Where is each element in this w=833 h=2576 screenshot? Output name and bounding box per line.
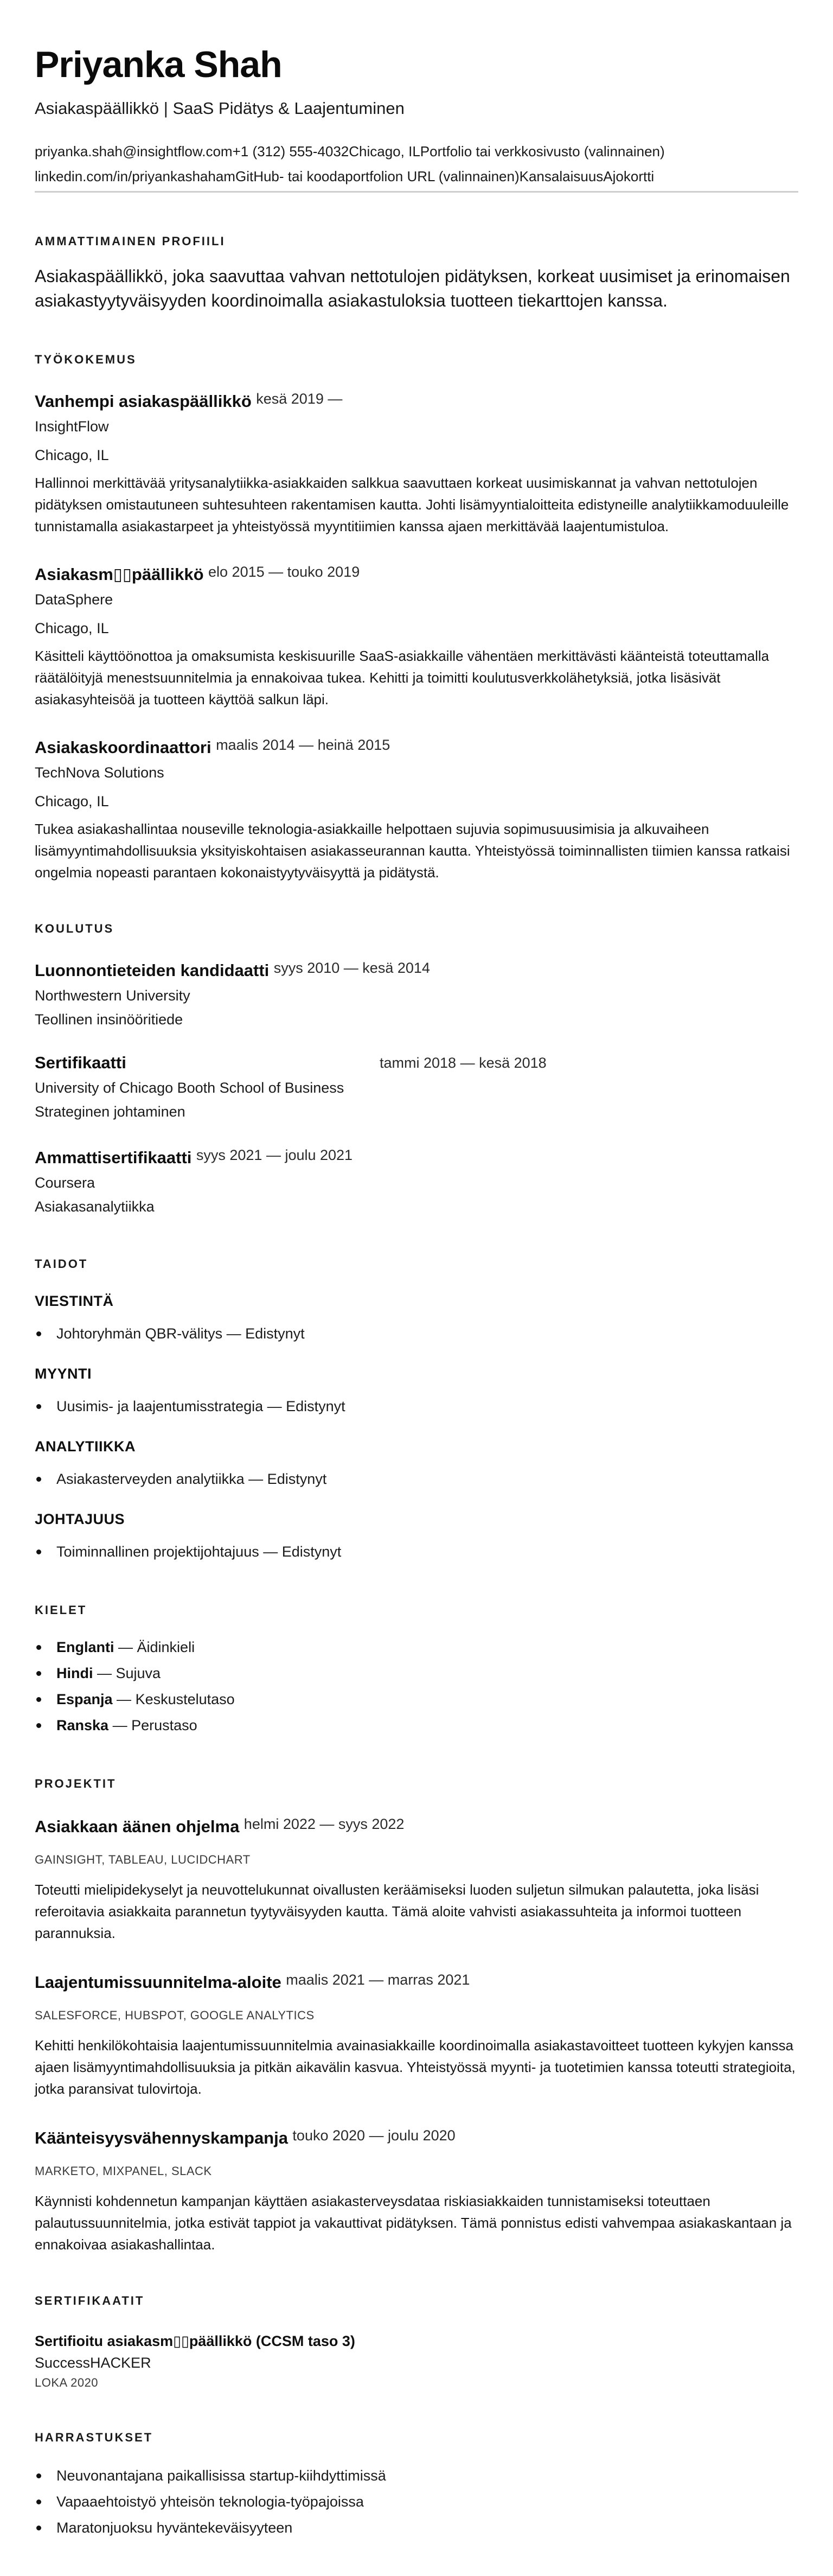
project-dates: maalis 2021 — marras 2021 <box>286 1972 470 1988</box>
company-name: TechNova Solutions <box>35 762 798 783</box>
language-item: Englanti — Äidinkieli <box>35 1634 798 1660</box>
project-tools: GAINSIGHT, TABLEAU, LUCIDCHART <box>35 1852 798 1868</box>
section-title-skills: TAIDOT <box>35 1257 798 1272</box>
section-title-languages: KIELET <box>35 1603 798 1618</box>
project-item: Laajentumissuunnitelma-aloite maalis 202… <box>35 1969 798 2100</box>
job-location: Chicago, IL <box>35 791 798 812</box>
certification-name: Sertifioitu asiakasm▯▯päällikkö (CCSM ta… <box>35 2330 798 2352</box>
field-of-study: Asiakasanalytiikka <box>35 1196 798 1217</box>
contact-drivers-license: Ajokortti <box>603 168 654 184</box>
project-description: Toteutti mielipidekyselyt ja neuvotteluk… <box>35 1879 798 1944</box>
job-dates: maalis 2014 — heinä 2015 <box>216 737 390 753</box>
candidate-name: Priyanka Shah <box>35 43 798 86</box>
job-dates: elo 2015 — touko 2019 <box>208 564 360 580</box>
language-level: Sujuva <box>116 1665 161 1681</box>
job-location: Chicago, IL <box>35 445 798 466</box>
section-title-education: KOULUTUS <box>35 921 798 936</box>
project-tools: SALESFORCE, HUBSPOT, GOOGLE ANALYTICS <box>35 2007 798 2024</box>
section-title-interests: HARRASTUKSET <box>35 2430 798 2445</box>
contact-row-2: linkedin.com/in/priyankashahamGitHub- ta… <box>35 164 798 189</box>
degree-title: Luonnontieteiden kandidaatti <box>35 961 269 980</box>
job-title: Asiakasm▯▯päällikkö <box>35 565 204 584</box>
skill-list: Uusimis- ja laajentumisstrategia — Edist… <box>35 1393 798 1419</box>
education-dates: syys 2010 — kesä 2014 <box>274 960 430 976</box>
education-dates: syys 2021 — joulu 2021 <box>196 1147 353 1163</box>
certification-issuer: SuccessHACKER <box>35 2352 798 2374</box>
contact-portfolio[interactable]: Portfolio tai verkkosivusto (valinnainen… <box>420 143 665 160</box>
language-item: Ranska — Perustaso <box>35 1712 798 1738</box>
experience-heading: Asiakasm▯▯päällikkö elo 2015 — touko 201… <box>35 561 798 589</box>
project-heading: Laajentumissuunnitelma-aloite maalis 202… <box>35 1969 798 1997</box>
education-dates: tammi 2018 — kesä 2018 <box>380 1052 547 1074</box>
skill-group-analytics: ANALYTIIKKA Asiakasterveyden analytiikka… <box>35 1437 798 1492</box>
profile-summary: Asiakaspäällikkö, joka saavuttaa vahvan … <box>35 264 798 313</box>
language-level: Keskustelutaso <box>136 1691 235 1707</box>
skill-item: Asiakasterveyden analytiikka — Edistynyt <box>35 1466 798 1492</box>
section-profile: AMMATTIMAINEN PROFIILI Asiakaspäällikkö,… <box>35 234 798 313</box>
project-description: Kehitti henkilökohtaisia laajentumissuun… <box>35 2035 798 2100</box>
education-heading: Sertifikaatti tammi 2018 — kesä 2018 <box>35 1052 798 1077</box>
school-name: Coursera <box>35 1172 798 1194</box>
project-dates: touko 2020 — joulu 2020 <box>292 2127 455 2144</box>
resume-page: Priyanka Shah Asiakaspäällikkö | SaaS Pi… <box>0 0 833 2573</box>
section-title-projects: PROJEKTIT <box>35 1776 798 1791</box>
experience-item: Asiakasm▯▯päällikkö elo 2015 — touko 201… <box>35 561 798 710</box>
language-list: Englanti — Äidinkieli Hindi — Sujuva Esp… <box>35 1634 798 1738</box>
section-title-profile: AMMATTIMAINEN PROFIILI <box>35 234 798 249</box>
school-name: University of Chicago Booth School of Bu… <box>35 1077 798 1099</box>
project-tools: MARKETO, MIXPANEL, SLACK <box>35 2163 798 2179</box>
job-description: Hallinnoi merkittävää yritysanalytiikka-… <box>35 472 798 537</box>
contact-github[interactable]: GitHub- tai koodaportfolion URL (valinna… <box>235 168 520 184</box>
project-name: Laajentumissuunnitelma-aloite <box>35 1973 281 1992</box>
skill-category: ANALYTIIKKA <box>35 1437 798 1456</box>
contact-phone[interactable]: +1 (312) 555-4032 <box>233 143 349 160</box>
candidate-tagline: Asiakaspäällikkö | SaaS Pidätys & Laajen… <box>35 98 798 119</box>
job-dates: kesä 2019 — <box>256 391 342 407</box>
project-heading: Asiakkaan äänen ohjelma helmi 2022 — syy… <box>35 1813 798 1841</box>
section-title-certifications: SERTIFIKAATIT <box>35 2293 798 2309</box>
interest-item: Maratonjuoksu hyväntekeväisyyteen <box>35 2515 798 2541</box>
section-projects: PROJEKTIT Asiakkaan äänen ohjelma helmi … <box>35 1776 798 2255</box>
contact-linkedin[interactable]: linkedin.com/in/priyankashaham <box>35 168 235 184</box>
project-name: Käänteisyysvähennyskampanja <box>35 2128 288 2147</box>
section-experience: TYÖKOKEMUS Vanhempi asiakaspäällikkö kes… <box>35 352 798 883</box>
job-location: Chicago, IL <box>35 618 798 639</box>
job-description: Tukea asiakashallintaa nouseville teknol… <box>35 818 798 883</box>
skill-list: Toiminnallinen projektijohtajuus — Edist… <box>35 1539 798 1565</box>
interest-item: Vapaaehtoistyö yhteisön teknologia-työpa… <box>35 2489 798 2515</box>
contact-citizenship: Kansalaisuus <box>520 168 604 184</box>
skill-group-leadership: JOHTAJUUS Toiminnallinen projektijohtaju… <box>35 1509 798 1565</box>
language-name: Englanti <box>56 1639 114 1655</box>
experience-heading: Vanhempi asiakaspäällikkö kesä 2019 — <box>35 388 798 416</box>
education-heading: Luonnontieteiden kandidaatti syys 2010 —… <box>35 957 798 985</box>
skill-item: Johtoryhmän QBR-välitys — Edistynyt <box>35 1321 798 1347</box>
project-item: Asiakkaan äänen ohjelma helmi 2022 — syy… <box>35 1813 798 1944</box>
resume-header: Priyanka Shah Asiakaspäällikkö | SaaS Pi… <box>35 43 798 193</box>
language-level: Äidinkieli <box>137 1639 195 1655</box>
skill-category: JOHTAJUUS <box>35 1509 798 1529</box>
skill-item: Toiminnallinen projektijohtajuus — Edist… <box>35 1539 798 1565</box>
education-heading: Ammattisertifikaatti syys 2021 — joulu 2… <box>35 1144 798 1172</box>
language-level: Perustaso <box>131 1717 197 1733</box>
project-heading: Käänteisyysvähennyskampanja touko 2020 —… <box>35 2125 798 2152</box>
project-description: Käynnisti kohdennetun kampanjan käyttäen… <box>35 2190 798 2255</box>
interest-list: Neuvonantajana paikallisissa startup-kii… <box>35 2463 798 2541</box>
experience-item: Vanhempi asiakaspäällikkö kesä 2019 — In… <box>35 388 798 537</box>
skill-category: MYYNTI <box>35 1364 798 1383</box>
field-of-study: Teollinen insinööritiede <box>35 1009 798 1030</box>
degree-title: Ammattisertifikaatti <box>35 1148 191 1167</box>
section-interests: HARRASTUKSET Neuvonantajana paikallisiss… <box>35 2430 798 2541</box>
education-item: Luonnontieteiden kandidaatti syys 2010 —… <box>35 957 798 1030</box>
project-name: Asiakkaan äänen ohjelma <box>35 1817 239 1836</box>
skill-list: Johtoryhmän QBR-välitys — Edistynyt <box>35 1321 798 1347</box>
contact-row-1: priyanka.shah@insightflow.com+1 (312) 55… <box>35 139 798 164</box>
degree-title: Sertifikaatti <box>35 1053 126 1072</box>
education-item: Sertifikaatti tammi 2018 — kesä 2018 Uni… <box>35 1052 798 1123</box>
school-name: Northwestern University <box>35 985 798 1006</box>
language-name: Ranska <box>56 1717 108 1733</box>
section-languages: KIELET Englanti — Äidinkieli Hindi — Suj… <box>35 1603 798 1738</box>
education-item: Ammattisertifikaatti syys 2021 — joulu 2… <box>35 1144 798 1217</box>
certification-date: LOKA 2020 <box>35 2374 798 2392</box>
section-education: KOULUTUS Luonnontieteiden kandidaatti sy… <box>35 921 798 1217</box>
contact-email[interactable]: priyanka.shah@insightflow.com <box>35 143 233 160</box>
company-name: DataSphere <box>35 589 798 610</box>
language-name: Hindi <box>56 1665 93 1681</box>
field-of-study: Strateginen johtaminen <box>35 1101 798 1123</box>
language-item: Espanja — Keskustelutaso <box>35 1686 798 1712</box>
skill-group-sales: MYYNTI Uusimis- ja laajentumisstrategia … <box>35 1364 798 1419</box>
language-item: Hindi — Sujuva <box>35 1660 798 1686</box>
certification-item: Sertifioitu asiakasm▯▯päällikkö (CCSM ta… <box>35 2330 798 2392</box>
skill-item: Uusimis- ja laajentumisstrategia — Edist… <box>35 1393 798 1419</box>
experience-item: Asiakaskoordinaattori maalis 2014 — hein… <box>35 734 798 883</box>
project-dates: helmi 2022 — syys 2022 <box>244 1816 405 1832</box>
job-title: Vanhempi asiakaspäällikkö <box>35 392 252 411</box>
contact-info: priyanka.shah@insightflow.com+1 (312) 55… <box>35 139 798 193</box>
skill-category: VIESTINTÄ <box>35 1291 798 1311</box>
job-description: Käsitteli käyttöönottoa ja omaksumista k… <box>35 645 798 710</box>
section-title-experience: TYÖKOKEMUS <box>35 352 798 367</box>
skill-list: Asiakasterveyden analytiikka — Edistynyt <box>35 1466 798 1492</box>
interest-item: Neuvonantajana paikallisissa startup-kii… <box>35 2463 798 2489</box>
job-title: Asiakaskoordinaattori <box>35 738 212 757</box>
contact-location: Chicago, IL <box>349 143 420 160</box>
section-certifications: SERTIFIKAATIT Sertifioitu asiakasm▯▯pääl… <box>35 2293 798 2392</box>
project-item: Käänteisyysvähennyskampanja touko 2020 —… <box>35 2125 798 2255</box>
skill-group-communication: VIESTINTÄ Johtoryhmän QBR-välitys — Edis… <box>35 1291 798 1347</box>
section-skills: TAIDOT VIESTINTÄ Johtoryhmän QBR-välitys… <box>35 1257 798 1565</box>
experience-heading: Asiakaskoordinaattori maalis 2014 — hein… <box>35 734 798 762</box>
company-name: InsightFlow <box>35 416 798 437</box>
language-name: Espanja <box>56 1691 113 1707</box>
